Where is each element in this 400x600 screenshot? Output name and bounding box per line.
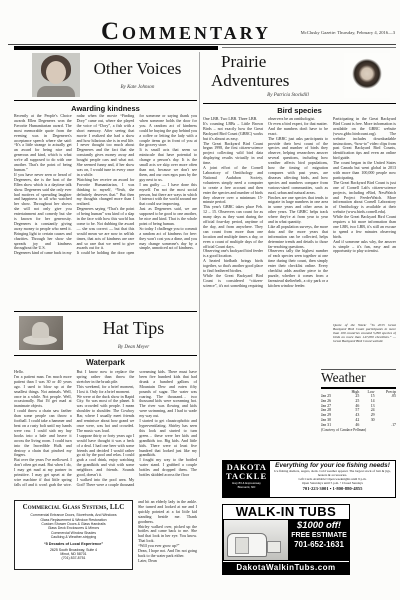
newspaper-page: Commentary McClusky Gazette: Thursday, F…	[0, 0, 400, 600]
ad-tubs-phone: 701-652-1631	[289, 540, 349, 550]
ad-tubs-estimate: FREE ESTIMATE	[289, 531, 349, 540]
headline-waterpark: Waterpark	[14, 358, 197, 367]
ad-commercial-glass: Commercial Glass Systems, LLC Commercial…	[14, 500, 133, 570]
hat-crown-shape	[32, 322, 49, 338]
article-column-bird-species-right: Participating in the Great Backyard Bird…	[333, 117, 396, 457]
ad-tubs-offer: $1000 off!	[289, 520, 349, 531]
section-title-other-voices: Other Voices	[78, 60, 197, 77]
ad-walk-in-tubs: WALK-IN TUBS $1000 off! FREE ESTIMATE 70…	[222, 504, 350, 575]
weather-courtesy: (Courtesy of Candace Pellman)	[321, 428, 396, 432]
ad-tackle-phone: 701-223-3001 • 1-800-880-4855	[273, 486, 392, 491]
section-prairie-adventures-header: Prairie Adventures By Patricia Stockdill	[203, 52, 396, 104]
ad-tackle-headline: Everything for your ice fishing needs!	[273, 463, 392, 470]
article-body-waterpark: Hello. I'm a patient man. I'm much more …	[14, 370, 197, 497]
photo-shoulders-shape	[37, 86, 75, 97]
photo-oval-portrait	[344, 53, 390, 98]
ad-glass-tagline: “5 Decades of Local Experience”	[19, 542, 128, 546]
ad-tackle-address-line2: Bismarck, ND	[223, 486, 270, 489]
ad-tubs-middle: $1000 off! FREE ESTIMATE 701-652-1631	[223, 519, 349, 561]
tub-door-shape	[235, 537, 249, 554]
author-photo-patricia-stockdill	[344, 53, 390, 98]
section-other-voices-header: Other Voices By Kate Johnson	[14, 52, 197, 100]
left-section-bar	[14, 46, 218, 50]
column-divider	[199, 52, 200, 457]
article-body-awarding-kindness: Recently at the People's Choice awards E…	[14, 114, 197, 309]
section-title-adventures: Adventures	[211, 72, 289, 89]
ad-tackle-copy: Everything for your ice fishing needs! I…	[270, 461, 395, 497]
quote-of-the-week: Quote of the Week: “In 2015 Great Backya…	[333, 323, 396, 369]
weather-title: Weather	[321, 371, 396, 389]
byline-dean-meyer: By Dean Meyer	[70, 345, 197, 350]
byline-patricia-stockdill: By Patricia Stockdill	[233, 93, 343, 98]
ad-glass-service-line: Commercial Entrance Doors, Storefronts, …	[19, 513, 128, 517]
ad-tubs-title: WALK-IN TUBS	[223, 505, 349, 519]
section-hat-tips-header: Hat Tips By Dean Meyer	[14, 314, 197, 354]
section-title-hat-tips: Hat Tips	[70, 319, 197, 337]
ad-glass-address: 2625 South Broadway, Suite 4 Minot, ND 5…	[19, 548, 128, 561]
article-body-waterpark-ending: and hit an elderly lady in the ankle. Sh…	[138, 500, 197, 566]
masthead-dateline: McClusky Gazette: Thursday, February 4, …	[301, 30, 395, 35]
section-title-prairie: Prairie	[221, 53, 266, 70]
ad-tackle-address: Hwy 83 & Expressway Bismarck, ND	[223, 482, 270, 489]
hat-tips-rule-bottom	[14, 355, 197, 356]
weather-table-body: Jan 252515.05Jan 262514Jan 274613Jan 285…	[321, 394, 396, 427]
tub-seat-shape	[267, 541, 281, 553]
article-body-bird-species: One LBB. Two LBB. Three LBB. It's counti…	[203, 117, 328, 457]
hat-tips-logo-photo	[19, 316, 63, 350]
right-section-rule	[222, 47, 396, 48]
ad-glass-company-name: Commercial Glass Systems, LLC	[19, 504, 128, 511]
ad-tackle-logo-line2: TACKLE	[223, 472, 270, 481]
weather-section: Weather High Low Precip Jan 252515.05Jan…	[321, 369, 396, 432]
walk-in-tub-photo	[224, 520, 288, 560]
author-photo-kate-johnson	[32, 53, 80, 97]
ad-tackle-logo: DAKOTA TACKLE Hwy 83 & Expressway Bismar…	[223, 461, 270, 497]
weather-row: Jan 3146.17	[321, 423, 396, 428]
ad-dakota-tackle: DAKOTA TACKLE Hwy 83 & Expressway Bismar…	[222, 460, 396, 498]
ad-tubs-copy: $1000 off! FREE ESTIMATE 701-652-1631	[289, 519, 349, 561]
byline-kate-johnson: By Kate Johnson	[78, 85, 197, 90]
article-body-bird-species-continued: Participating in the Great Backyard Bird…	[333, 117, 396, 323]
ad-glass-phone: (701) 837-8751	[19, 556, 128, 560]
ad-tackle-line1: Ice fishing shelters, augers, sleds. Col…	[273, 469, 392, 477]
headline-bird-species: Bird species	[203, 106, 396, 115]
hat-tips-rule-top	[14, 311, 197, 312]
ad-tubs-website: DakotaWalkinTubs.com	[223, 561, 349, 574]
photo-face-shape	[46, 61, 66, 84]
other-voices-rule	[14, 100, 197, 101]
ad-tackle-line3: Open Saturdays until 5 p.m. • Closed Sun…	[273, 481, 392, 485]
masthead-rule	[8, 44, 396, 45]
headline-awarding-kindness: Awarding kindness	[14, 104, 197, 113]
ad-glass-service-line: Caulking & Weather-stripping	[19, 535, 128, 539]
weather-table: High Low Precip Jan 252515.05Jan 262514J…	[321, 390, 396, 427]
